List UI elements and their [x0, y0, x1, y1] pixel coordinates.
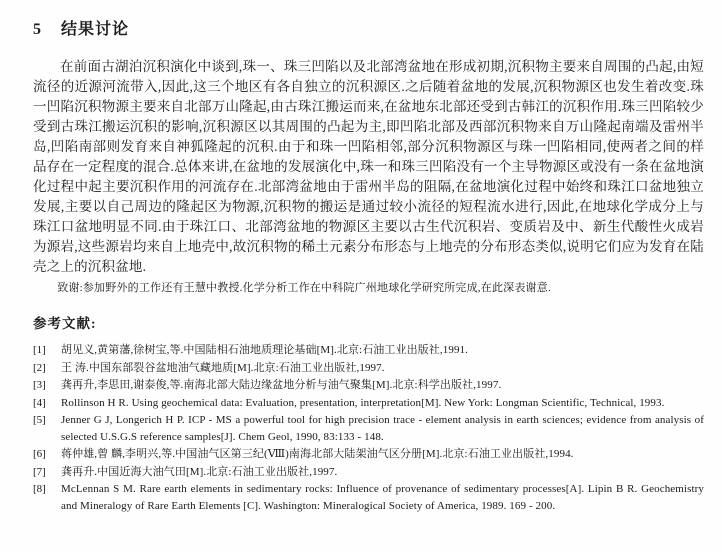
reference-number: [1] — [33, 342, 61, 359]
reference-number: [6] — [33, 446, 61, 463]
reference-text: 王 涛.中国东部裂谷盆地油气藏地质[M].北京:石油工业出版社,1997. — [61, 360, 704, 377]
document-page: 5 结果讨论 在前面古湖泊沉积演化中谈到,珠一、珠三凹陷以及北部湾盆地在形成初期… — [0, 0, 722, 552]
reference-item: [1] 胡见义,黄第藩,徐树宝,等.中国陆相石油地质理论基础[M].北京:石油工… — [33, 342, 704, 359]
section-heading: 5 结果讨论 — [33, 16, 704, 39]
reference-text: 龚再升.中国近海大油气田[M].北京:石油工业出版社,1997. — [61, 464, 704, 481]
reference-text: 龚再升,李思田,谢泰俊,等.南海北部大陆边缘盆地分析与油气聚集[M].北京:科学… — [61, 377, 704, 394]
reference-number: [5] — [33, 412, 61, 429]
reference-number: [2] — [33, 360, 61, 377]
body-paragraph: 在前面古湖泊沉积演化中谈到,珠一、珠三凹陷以及北部湾盆地在形成初期,沉积物主要来… — [33, 57, 704, 277]
reference-number: [4] — [33, 395, 61, 412]
references-heading: 参考文献: — [33, 312, 704, 332]
reference-item: [3] 龚再升,李思田,谢泰俊,等.南海北部大陆边缘盆地分析与油气聚集[M].北… — [33, 377, 704, 394]
reference-text: Jenner G J, Longerich H P. ICP - MS a po… — [61, 412, 704, 445]
acknowledgment-note: 致谢:参加野外的工作还有王慧中教授.化学分析工作在中科院广州地球化学研究所完成,… — [33, 280, 704, 296]
reference-text: Rollinson H R. Using geochemical data: E… — [61, 395, 704, 412]
section-title: 结果讨论 — [61, 16, 129, 39]
reference-item: [2] 王 涛.中国东部裂谷盆地油气藏地质[M].北京:石油工业出版社,1997… — [33, 360, 704, 377]
reference-item: [8] McLennan S M. Rare earth elements in… — [33, 481, 704, 514]
reference-number: [8] — [33, 481, 61, 498]
reference-item: [5] Jenner G J, Longerich H P. ICP - MS … — [33, 412, 704, 445]
reference-text: 蒋仲雄,曾 麟,李明兴,等.中国油气区第三纪(Ⅷ)南海北部大陆架油气区分册[M]… — [61, 446, 704, 463]
reference-text: 胡见义,黄第藩,徐树宝,等.中国陆相石油地质理论基础[M].北京:石油工业出版社… — [61, 342, 704, 359]
reference-number: [7] — [33, 464, 61, 481]
reference-item: [4] Rollinson H R. Using geochemical dat… — [33, 395, 704, 412]
reference-text: McLennan S M. Rare earth elements in sed… — [61, 481, 704, 514]
reference-number: [3] — [33, 377, 61, 394]
reference-item: [7] 龚再升.中国近海大油气田[M].北京:石油工业出版社,1997. — [33, 464, 704, 481]
section-number: 5 — [33, 21, 41, 39]
reference-item: [6] 蒋仲雄,曾 麟,李明兴,等.中国油气区第三纪(Ⅷ)南海北部大陆架油气区分… — [33, 446, 704, 463]
references-list: [1] 胡见义,黄第藩,徐树宝,等.中国陆相石油地质理论基础[M].北京:石油工… — [33, 342, 704, 514]
